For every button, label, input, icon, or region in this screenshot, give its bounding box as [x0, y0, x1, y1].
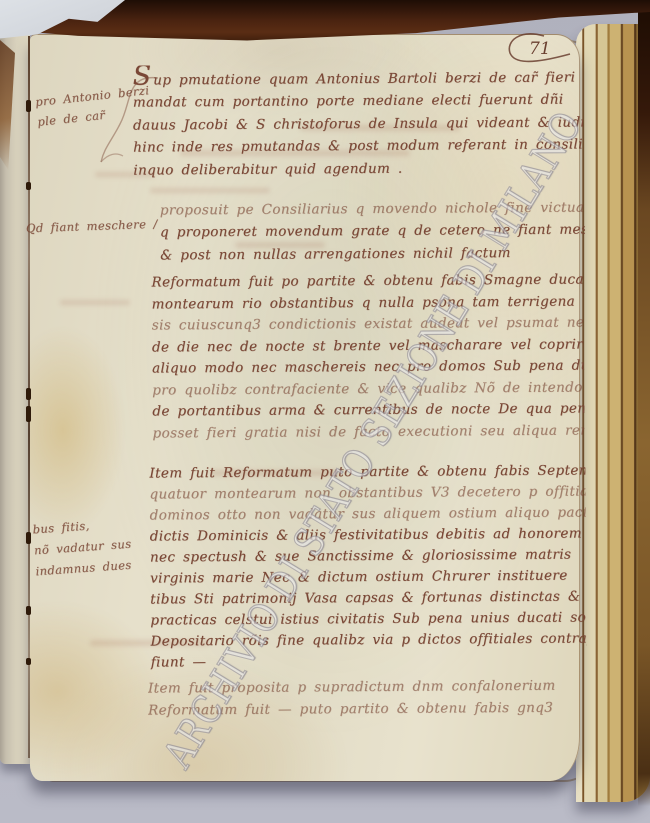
text-line: sis cuiuscunq3 condictionis existat aude…: [152, 312, 584, 337]
stitch-mark: [26, 658, 31, 665]
book-cover-right-edge: [638, 0, 650, 806]
text-line: tibus Sti patrimonij Vasa capsas & fortu…: [150, 586, 586, 610]
stitch-mark: [26, 388, 31, 400]
folio-number: 71: [529, 39, 551, 59]
text-line: dauus Jacobi & S christoforus de Insula …: [133, 111, 583, 137]
text-line: & post non nullas arrengationes nichil f…: [160, 241, 585, 266]
text-line: virginis marie Nec & dictum ostium Chrur…: [150, 565, 586, 589]
show-through-mark: [60, 300, 130, 305]
text-line: montearum rio obstantibus q nulla psona …: [152, 291, 584, 316]
text-line: practicas celstui istius civitatis Sub p…: [150, 607, 586, 631]
text-line: de die nec de nocte st brente vel mascha…: [152, 334, 584, 359]
text-line: dominos otto non vadatur sus aliquem ost…: [150, 502, 586, 526]
text-line: Reformatum fuit po partite & obtenu fabi…: [151, 269, 583, 294]
stitch-mark: [26, 182, 31, 190]
text-line: pro quolibz contrafaciente & vice qualib…: [152, 377, 584, 402]
text-line: nec spectush & sue Sanctissime & glorios…: [150, 544, 586, 568]
text-line: hinc inde res pmutandas & post modum ref…: [133, 134, 583, 160]
stitch-mark: [26, 406, 31, 422]
text-line: Depositario rõis fine qualibz via p dict…: [150, 628, 586, 652]
manuscript-photograph: 71 pro Antonio berzi ple de car̃ Qd fian…: [0, 0, 650, 823]
text-line: dictis Dominicis & aliis festivitatibus …: [150, 523, 586, 547]
text-line: Sup pmutatione quam Antonius Bartoli ber…: [133, 62, 583, 92]
margin-note: bus fitis, nõ vadatur sus indamnus dues: [32, 513, 134, 583]
show-through-mark: [150, 188, 270, 193]
stitch-mark: [26, 100, 31, 112]
text-line: aliquo modo nec maschereis nec pro domos…: [152, 355, 584, 380]
text-line: mandat cum portantino porte mediane elec…: [133, 89, 583, 115]
stitch-mark: [26, 532, 31, 544]
stitch-mark: [26, 606, 31, 615]
